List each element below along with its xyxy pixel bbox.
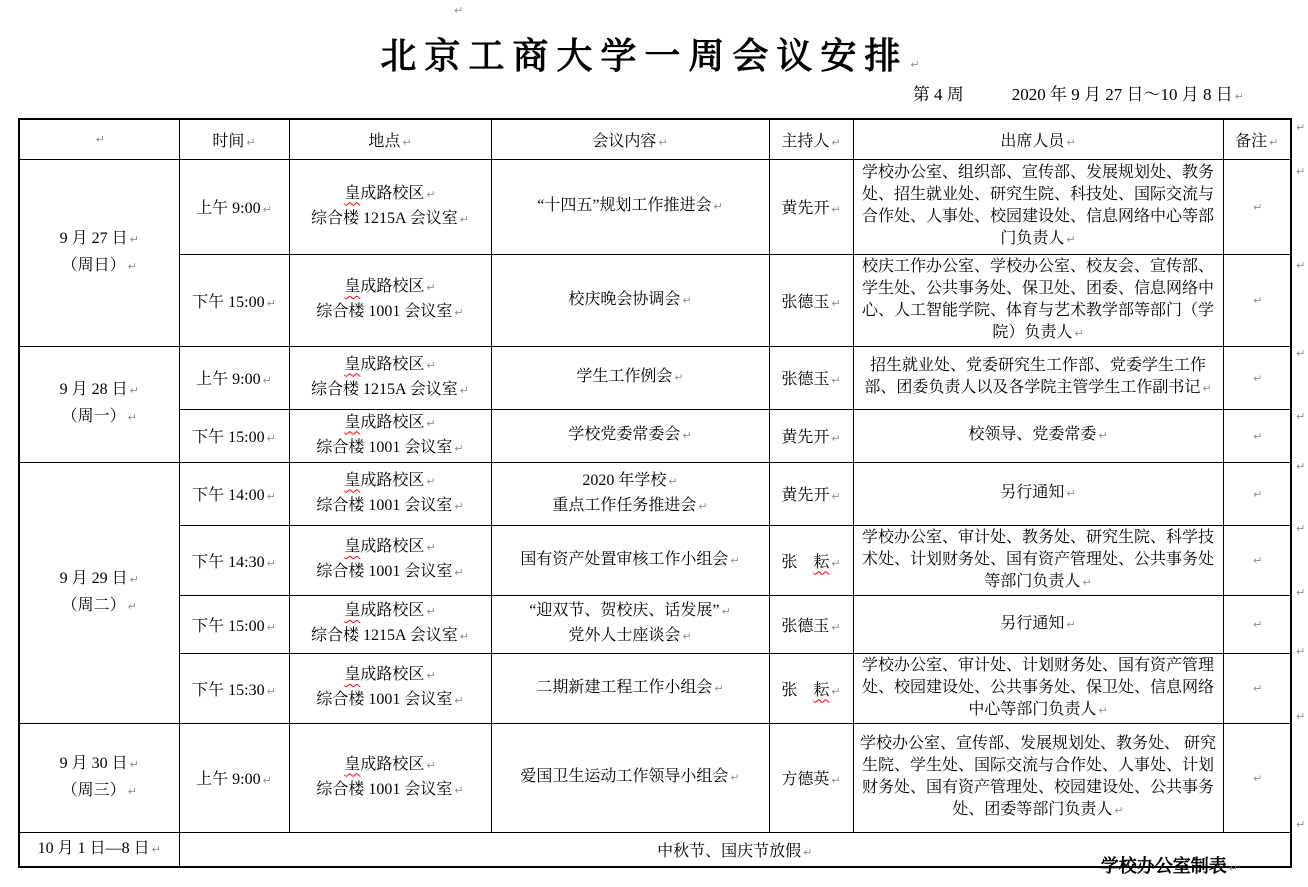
location-cell: 皇成路校区 综合楼 1215A 会议室 xyxy=(289,595,491,653)
host-cell: 黄先开 xyxy=(769,409,853,462)
header-notes: 备注 xyxy=(1223,119,1291,159)
campus-name: 皇成路校区 xyxy=(344,599,435,624)
host-family-name: 张 xyxy=(781,682,797,699)
meeting-content-cell: 校庆晚会协调会 xyxy=(491,254,769,346)
time-cell: 下午 15:00 xyxy=(179,595,289,653)
table-row: 下午 15:00 皇成路校区 综合楼 1215A 会议室 “迎双节、贺校庆、话发… xyxy=(19,595,1291,653)
table-row: 下午 15:30 皇成路校区 综合楼 1001 会议室 二期新建工程工作小组会 … xyxy=(19,653,1291,723)
meeting-content-cell: 2020 年学校 重点工作任务推进会 xyxy=(491,462,769,525)
date-cell: 9 月 30 日 （周三） xyxy=(19,723,179,832)
header-content: 会议内容 xyxy=(491,119,769,159)
meeting-content-cell: “迎双节、贺校庆、话发展” 党外人士座谈会 xyxy=(491,595,769,653)
week-number: 第 4 周 xyxy=(913,85,964,104)
header-attendees: 出席人员 xyxy=(853,119,1223,159)
line-break-mark xyxy=(1294,259,1305,272)
campus-name: 皇成路校区 xyxy=(344,535,435,560)
location-cell: 皇成路校区 综合楼 1215A 会议室 xyxy=(289,346,491,409)
date-range: 2020 年 9 月 27 日～10 月 8 日 xyxy=(1012,85,1244,104)
document-page: 北京工商大学一周会议安排 第 4 周2020 年 9 月 27 日～10 月 8… xyxy=(0,0,1308,887)
table-row: 9 月 30 日 （周三） 上午 9:00 皇成路校区 综合楼 1001 会议室… xyxy=(19,723,1291,832)
line-break-mark xyxy=(452,4,463,17)
host-cell: 黄先开 xyxy=(769,159,853,254)
host-cell: 张德玉 xyxy=(769,254,853,346)
table-row: 下午 15:00 皇成路校区 综合楼 1001 会议室 学校党委常委会 黄先开 … xyxy=(19,409,1291,462)
line-break-mark xyxy=(1294,586,1305,599)
header-host: 主持人 xyxy=(769,119,853,159)
time-cell: 下午 15:30 xyxy=(179,653,289,723)
line-break-mark xyxy=(1294,410,1305,423)
room-name: 综合楼 1215A 会议室 xyxy=(311,381,469,398)
header-time: 时间 xyxy=(179,119,289,159)
line-break-mark xyxy=(1251,488,1262,501)
location-cell: 皇成路校区 综合楼 1001 会议室 xyxy=(289,653,491,723)
host-cell: 张耘 xyxy=(769,525,853,595)
host-cell: 张德玉 xyxy=(769,346,853,409)
location-cell: 皇成路校区 综合楼 1001 会议室 xyxy=(289,462,491,525)
date-cell: 9 月 29 日 （周二） xyxy=(19,462,179,723)
campus-name: 皇成路校区 xyxy=(344,753,435,778)
date-cell: 9 月 28 日 （周一） xyxy=(19,346,179,462)
line-break-mark xyxy=(1294,347,1305,360)
time-cell: 下午 15:00 xyxy=(179,409,289,462)
host-cell: 张耘 xyxy=(769,653,853,723)
room-name: 综合楼 1001 会议室 xyxy=(316,439,463,456)
footer-credit: 学校办公室制表 xyxy=(1101,852,1238,878)
line-break-mark xyxy=(1294,165,1305,178)
time-cell: 上午 9:00 xyxy=(179,159,289,254)
room-name: 综合楼 1215A 会议室 xyxy=(311,210,469,227)
attendees-cell: 学校办公室、审计处、教务处、研究生院、科学技术处、计划财务处、国有资产管理处、公… xyxy=(853,525,1223,595)
table-row: 下午 14:30 皇成路校区 综合楼 1001 会议室 国有资产处置审核工作小组… xyxy=(19,525,1291,595)
notes-cell xyxy=(1223,653,1291,723)
meeting-content-cell: 学校党委常委会 xyxy=(491,409,769,462)
campus-name: 皇成路校区 xyxy=(344,353,435,378)
table-row: 9 月 27 日 （周日） 上午 9:00 皇成路校区 综合楼 1215A 会议… xyxy=(19,159,1291,254)
location-cell: 皇成路校区 综合楼 1215A 会议室 xyxy=(289,159,491,254)
host-family-name: 张 xyxy=(781,554,797,571)
page-title: 北京工商大学一周会议安排 xyxy=(0,28,1308,79)
notes-cell xyxy=(1223,159,1291,254)
host-cell: 黄先开 xyxy=(769,462,853,525)
time-cell: 下午 14:00 xyxy=(179,462,289,525)
notes-cell xyxy=(1223,595,1291,653)
room-name: 综合楼 1001 会议室 xyxy=(316,781,463,798)
table-row: 下午 15:00 皇成路校区 综合楼 1001 会议室 校庆晚会协调会 张德玉 … xyxy=(19,254,1291,346)
attendees-cell: 学校办公室、宣传部、发展规划处、教务处、 研究生院、学生处、国际交流与合作处、人… xyxy=(853,723,1223,832)
line-break-mark xyxy=(1294,460,1305,473)
attendees-cell: 另行通知 xyxy=(853,462,1223,525)
line-break-mark xyxy=(1251,201,1262,214)
meeting-content-cell: 二期新建工程工作小组会 xyxy=(491,653,769,723)
line-break-mark xyxy=(1251,372,1262,385)
time-cell: 上午 9:00 xyxy=(179,346,289,409)
line-break-mark xyxy=(1251,682,1262,695)
room-name: 综合楼 1001 会议室 xyxy=(316,563,463,580)
host-given-name: 耘 xyxy=(813,554,840,571)
table-header-row: 时间 地点 会议内容 主持人 出席人员 备注 xyxy=(19,119,1291,159)
location-cell: 皇成路校区 综合楼 1001 会议室 xyxy=(289,525,491,595)
line-break-mark xyxy=(1251,554,1262,567)
line-break-mark xyxy=(1294,818,1305,831)
meeting-content-cell: 爱国卫生运动工作领导小组会 xyxy=(491,723,769,832)
notes-cell xyxy=(1223,254,1291,346)
campus-name: 皇成路校区 xyxy=(344,182,435,207)
location-cell: 皇成路校区 综合楼 1001 会议室 xyxy=(289,723,491,832)
time-cell: 下午 14:30 xyxy=(179,525,289,595)
line-break-mark xyxy=(1294,710,1305,723)
meeting-content-cell: 国有资产处置审核工作小组会 xyxy=(491,525,769,595)
campus-name: 皇成路校区 xyxy=(344,275,435,300)
line-break-mark xyxy=(1251,618,1262,631)
attendees-cell: 校领导、党委常委 xyxy=(853,409,1223,462)
attendees-cell: 学校办公室、组织部、宣传部、发展规划处、教务处、招生就业处、研究生院、科技处、国… xyxy=(853,159,1223,254)
line-break-mark xyxy=(1251,772,1262,785)
line-break-mark xyxy=(1251,430,1262,443)
time-cell: 上午 9:00 xyxy=(179,723,289,832)
line-break-mark xyxy=(1294,645,1305,658)
line-break-mark xyxy=(94,133,105,146)
table-row: 9 月 29 日 （周二） 下午 14:00 皇成路校区 综合楼 1001 会议… xyxy=(19,462,1291,525)
attendees-cell: 另行通知 xyxy=(853,595,1223,653)
attendees-cell: 学校办公室、审计处、计划财务处、国有资产管理处、校园建设处、公共事务处、保卫处、… xyxy=(853,653,1223,723)
meeting-content-cell: “十四五”规划工作推进会 xyxy=(491,159,769,254)
table-row: 9 月 28 日 （周一） 上午 9:00 皇成路校区 综合楼 1215A 会议… xyxy=(19,346,1291,409)
campus-name: 皇成路校区 xyxy=(344,469,435,494)
time-cell: 下午 15:00 xyxy=(179,254,289,346)
notes-cell xyxy=(1223,462,1291,525)
room-name: 综合楼 1001 会议室 xyxy=(316,497,463,514)
date-cell: 10 月 1 日—8 日 xyxy=(19,832,179,867)
attendees-cell: 校庆工作办公室、学校办公室、校友会、宣传部、学生处、公共事务处、保卫处、团委、信… xyxy=(853,254,1223,346)
location-cell: 皇成路校区 综合楼 1001 会议室 xyxy=(289,409,491,462)
subtitle: 第 4 周2020 年 9 月 27 日～10 月 8 日 xyxy=(913,80,1244,105)
campus-name: 皇成路校区 xyxy=(344,663,435,688)
line-break-mark xyxy=(1251,294,1262,307)
host-cell: 张德玉 xyxy=(769,595,853,653)
attendees-cell: 招生就业处、党委研究生工作部、党委学生工作部、团委负责人以及各学院主管学生工作副… xyxy=(853,346,1223,409)
notes-cell xyxy=(1223,346,1291,409)
line-break-mark xyxy=(1294,121,1305,134)
date-cell: 9 月 27 日 （周日） xyxy=(19,159,179,346)
room-name: 综合楼 1001 会议室 xyxy=(316,691,463,708)
room-name: 综合楼 1215A 会议室 xyxy=(311,627,469,644)
host-given-name: 耘 xyxy=(813,682,840,699)
line-break-mark xyxy=(1294,522,1305,535)
campus-name: 皇成路校区 xyxy=(344,411,435,436)
host-cell: 方德英 xyxy=(769,723,853,832)
meeting-content-cell: 学生工作例会 xyxy=(491,346,769,409)
location-cell: 皇成路校区 综合楼 1001 会议室 xyxy=(289,254,491,346)
notes-cell xyxy=(1223,525,1291,595)
header-location: 地点 xyxy=(289,119,491,159)
meeting-schedule-table: 时间 地点 会议内容 主持人 出席人员 备注 9 月 27 日 （周日） 上午 … xyxy=(18,118,1292,868)
room-name: 综合楼 1001 会议室 xyxy=(316,303,463,320)
notes-cell xyxy=(1223,723,1291,832)
notes-cell xyxy=(1223,409,1291,462)
header-date xyxy=(19,119,179,159)
